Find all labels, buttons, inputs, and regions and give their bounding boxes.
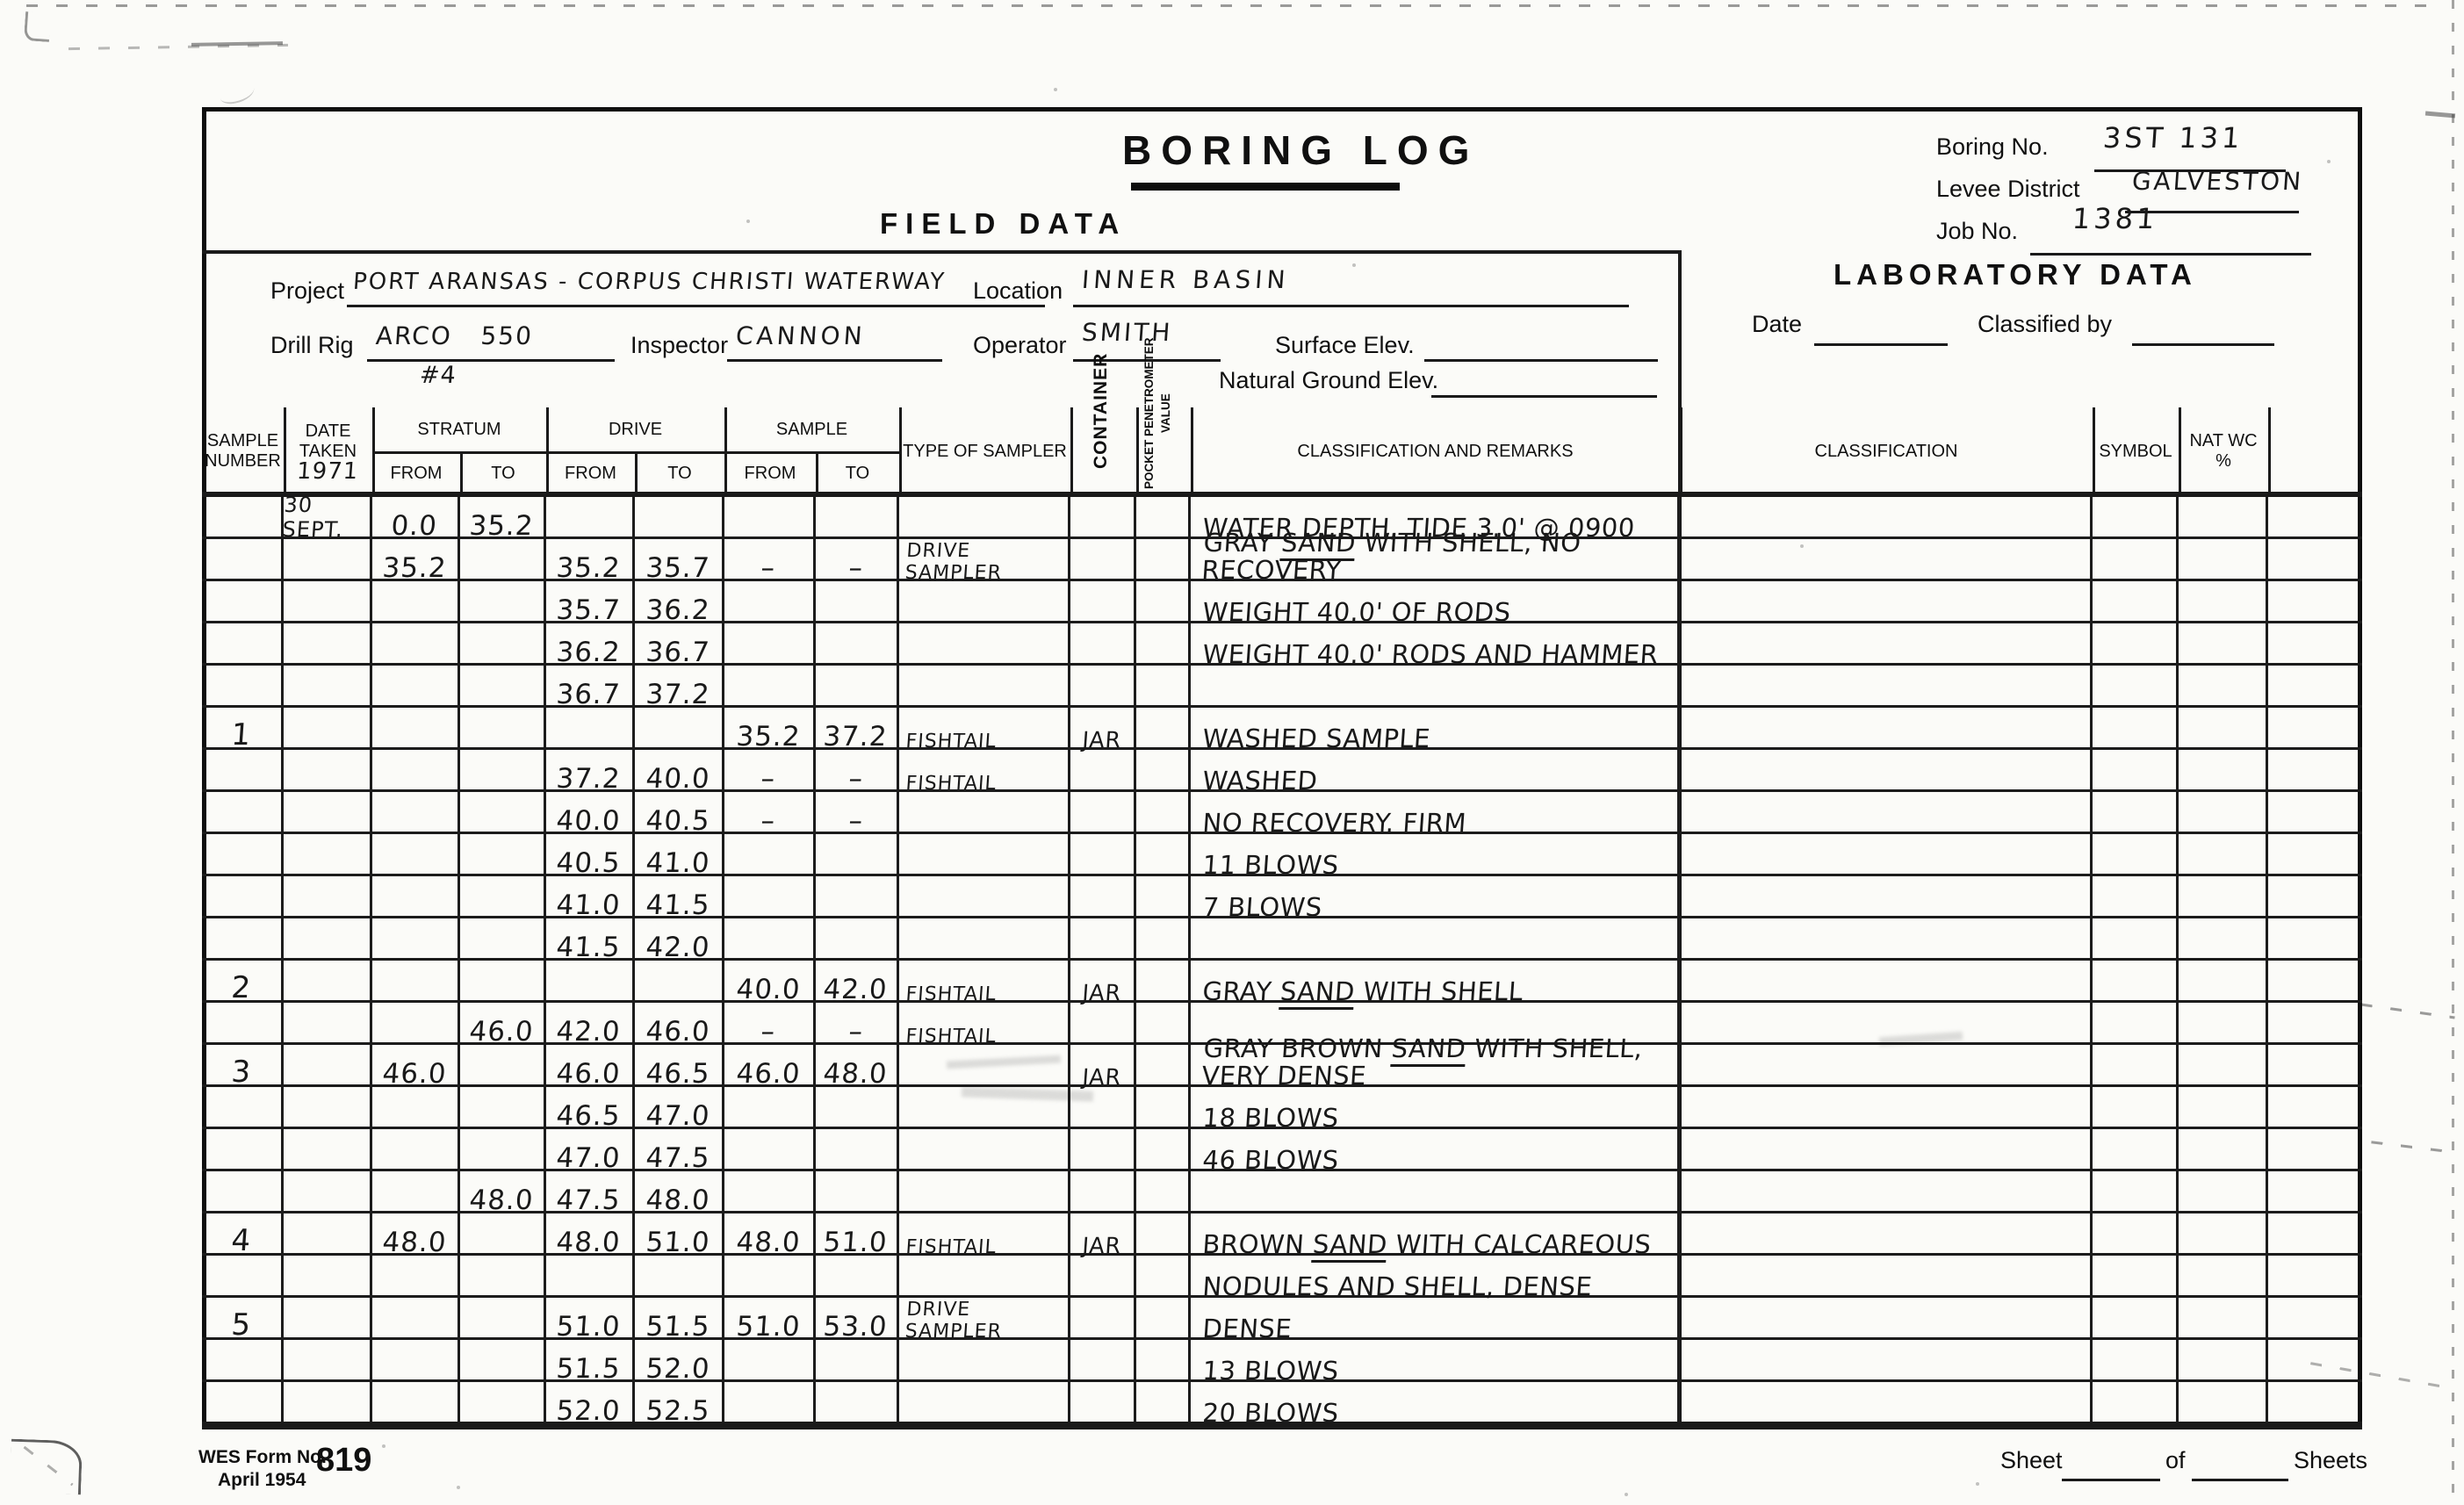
cell-d_from (546, 961, 635, 1000)
table-row: 40.040.5––NO RECOVERY. FIRM (202, 792, 2362, 834)
cell-nat (2179, 834, 2268, 874)
cell-sym (2093, 961, 2179, 1000)
cell-d_to: 52.0 (635, 1340, 724, 1379)
table-row: 35.736.2WEIGHT 40.0' OF RODS (202, 581, 2362, 623)
cell-d_to: 41.5 (635, 876, 724, 916)
cell-x (2268, 1087, 2362, 1127)
cell-remarks: NO RECOVERY. FIRM (1191, 792, 1680, 832)
cell-x (2268, 961, 2362, 1000)
cell-d_to: 41.0 (635, 834, 724, 874)
cell-num (202, 539, 284, 579)
lab-date-line (1814, 343, 1948, 346)
cell-pocket (1136, 1129, 1191, 1169)
cell-type: FISHTAIL (899, 708, 1070, 747)
scan-artifact (218, 80, 256, 106)
cell-remarks: GRAY SAND WITH SHELL, NO RECOVERY (1191, 539, 1680, 579)
cell-s_from: 46.0 (372, 1045, 460, 1084)
cell-cls (1680, 1213, 2093, 1253)
nat-wc-percent: % (2215, 451, 2231, 472)
table-row: 36.236.7WEIGHT 40.0' RODS AND HAMMER (202, 623, 2362, 666)
cell-sm_to: 53.0 (816, 1298, 899, 1337)
cell-date (284, 961, 372, 1000)
cell-d_from: 46.0 (546, 1045, 635, 1084)
form-no: 819 (316, 1442, 371, 1480)
cell-remarks (1191, 666, 1680, 705)
cell-nat (2179, 666, 2268, 705)
cell-nat (2179, 1256, 2268, 1295)
cell-d_to: 40.0 (635, 750, 724, 789)
drill-rig-line (367, 359, 615, 362)
table-row: 40.541.011 BLOWS (202, 834, 2362, 876)
cell-cls (1680, 1087, 2093, 1127)
levee-district-label: Levee District (1936, 176, 2080, 203)
cell-sm_from (724, 1256, 816, 1295)
date-taken-label: DATE TAKEN (284, 421, 372, 462)
cell-sm_to: 48.0 (816, 1045, 899, 1084)
table-row: 551.051.551.053.0DRIVE SAMPLERDENSE (202, 1298, 2362, 1340)
cell-sm_to (816, 834, 899, 874)
cell-sm_from: 35.2 (724, 708, 816, 747)
cell-nat (2179, 1171, 2268, 1211)
cell-type (899, 792, 1070, 832)
drill-rig-note: #4 (419, 362, 457, 389)
cell-sym (2093, 876, 2179, 916)
laboratory-data-title: LABORATORY DATA (1834, 258, 2197, 292)
cell-d_to: 46.0 (635, 1003, 724, 1042)
cell-sym (2093, 539, 2179, 579)
cell-sm_to (816, 876, 899, 916)
cell-sym (2093, 1087, 2179, 1127)
cell-sym (2093, 1213, 2179, 1253)
cell-sm_from (724, 834, 816, 874)
cell-d_to (635, 1256, 724, 1295)
cell-date (284, 1256, 372, 1295)
sheet-line (2062, 1479, 2160, 1481)
col-header-sample-number: SAMPLE NUMBER (202, 407, 284, 495)
cell-nat (2179, 961, 2268, 1000)
cell-date: 30 SEPT. (284, 497, 372, 536)
cell-pocket (1136, 497, 1191, 536)
cell-sm_to (816, 1340, 899, 1379)
cell-s_from (372, 1340, 460, 1379)
cell-pocket (1136, 666, 1191, 705)
cell-s_to (460, 750, 546, 789)
table-row: 346.046.046.546.048.0JARGRAY BROWN SAND … (202, 1045, 2362, 1087)
cell-sm_from: – (724, 750, 816, 789)
cell-sym (2093, 708, 2179, 747)
cell-num (202, 1003, 284, 1042)
table-row: 37.240.0––FISHTAILWASHED (202, 750, 2362, 792)
cell-nat (2179, 708, 2268, 747)
col-header-drive-from: FROM (546, 451, 635, 495)
table-row: 52.052.520 BLOWS (202, 1382, 2362, 1424)
cell-sm_from: – (724, 792, 816, 832)
underlined-word: SAND (1279, 976, 1356, 1010)
cell-d_to: 40.5 (635, 792, 724, 832)
cell-type (899, 1256, 1070, 1295)
cell-cont (1070, 1171, 1136, 1211)
cell-d_to: 47.0 (635, 1087, 724, 1127)
cell-date (284, 1340, 372, 1379)
cell-sm_from: 51.0 (724, 1298, 816, 1337)
location-label: Location (973, 277, 1063, 305)
cell-cont: JAR (1070, 1045, 1136, 1084)
col-header-container: CONTAINER (1091, 330, 1119, 492)
cell-d_from: 48.0 (546, 1213, 635, 1253)
cell-d_from: 47.0 (546, 1129, 635, 1169)
cell-x (2268, 666, 2362, 705)
cell-date (284, 1382, 372, 1422)
cell-sm_to (816, 918, 899, 958)
scan-artifact (2371, 1141, 2454, 1154)
cell-d_from (546, 708, 635, 747)
cell-s_to: 48.0 (460, 1171, 546, 1211)
cell-type (899, 581, 1070, 621)
form-no-label: WES Form No. (198, 1447, 327, 1468)
cell-sm_from (724, 581, 816, 621)
cell-type (899, 918, 1070, 958)
cell-x (2268, 1340, 2362, 1379)
cell-nat (2179, 497, 2268, 536)
cell-num: 4 (202, 1213, 284, 1253)
inspector-value: CANNON (735, 321, 867, 350)
cell-x (2268, 792, 2362, 832)
cell-x (2268, 1298, 2362, 1337)
cell-pocket (1136, 581, 1191, 621)
cell-pocket (1136, 876, 1191, 916)
cell-nat (2179, 539, 2268, 579)
cell-x (2268, 1045, 2362, 1084)
cell-num (202, 1087, 284, 1127)
cell-s_to (460, 1045, 546, 1084)
table-bottom-line (202, 1422, 2362, 1429)
cell-remarks: 13 BLOWS (1191, 1340, 1680, 1379)
cell-sm_to: 42.0 (816, 961, 899, 1000)
cell-remarks: WEIGHT 40.0' OF RODS (1191, 581, 1680, 621)
cell-remarks (1191, 918, 1680, 958)
cell-sm_to (816, 497, 899, 536)
cell-sym (2093, 497, 2179, 536)
cell-pocket (1136, 961, 1191, 1000)
cell-cont (1070, 1382, 1136, 1422)
scan-artifact (10, 1439, 83, 1495)
cell-num: 1 (202, 708, 284, 747)
cell-type (899, 834, 1070, 874)
cell-pocket (1136, 708, 1191, 747)
cell-sm_from: 46.0 (724, 1045, 816, 1084)
cell-d_from: 35.2 (546, 539, 635, 579)
cell-remarks: NODULES AND SHELL, DENSE (1191, 1256, 1680, 1295)
cell-sym (2093, 1256, 2179, 1295)
cell-sm_to (816, 1129, 899, 1169)
cell-sm_from (724, 1382, 816, 1422)
cell-date (284, 792, 372, 832)
cell-d_from: 47.5 (546, 1171, 635, 1211)
cell-date (284, 1298, 372, 1337)
cell-remarks: 46 BLOWS (1191, 1129, 1680, 1169)
drill-rig-value: ARCO 550 (375, 321, 534, 350)
cell-s_from (372, 1003, 460, 1042)
cell-d_from: 36.2 (546, 623, 635, 663)
scan-artifact (457, 1486, 460, 1489)
cell-sym (2093, 623, 2179, 663)
cell-pocket (1136, 1087, 1191, 1127)
cell-date (284, 1087, 372, 1127)
form-date: April 1954 (218, 1470, 306, 1491)
cell-x (2268, 834, 2362, 874)
cell-num (202, 1382, 284, 1422)
cell-date (284, 708, 372, 747)
cell-sym (2093, 792, 2179, 832)
cell-sm_from (724, 497, 816, 536)
cell-num (202, 666, 284, 705)
scan-artifact (2425, 112, 2455, 119)
cell-cont (1070, 581, 1136, 621)
cell-s_from (372, 1382, 460, 1422)
cell-x (2268, 1382, 2362, 1422)
cell-num: 3 (202, 1045, 284, 1084)
cell-sm_from (724, 1129, 816, 1169)
cell-cont (1070, 1340, 1136, 1379)
cell-cls (1680, 750, 2093, 789)
cell-sym (2093, 1382, 2179, 1422)
cell-s_to (460, 1382, 546, 1422)
col-header-stratum-to: TO (460, 451, 546, 495)
cell-nat (2179, 623, 2268, 663)
table-row: 51.552.013 BLOWS (202, 1340, 2362, 1382)
cell-d_to: 42.0 (635, 918, 724, 958)
cell-sym (2093, 581, 2179, 621)
cell-nat (2179, 1382, 2268, 1422)
cell-d_from: 52.0 (546, 1382, 635, 1422)
cell-sym (2093, 1129, 2179, 1169)
cell-sm_to: – (816, 750, 899, 789)
cell-s_from (372, 581, 460, 621)
cell-type (899, 876, 1070, 916)
col-header-drive: DRIVE (546, 407, 724, 451)
cell-d_from: 51.5 (546, 1340, 635, 1379)
cell-cls (1680, 708, 2093, 747)
cell-type: DRIVE SAMPLER (899, 1298, 1070, 1337)
cell-s_from: 0.0 (372, 497, 460, 536)
cell-s_from: 48.0 (372, 1213, 460, 1253)
cell-type (899, 1087, 1070, 1127)
cell-type (899, 1045, 1070, 1084)
cell-x (2268, 497, 2362, 536)
cell-x (2268, 581, 2362, 621)
cell-d_from (546, 497, 635, 536)
cell-num (202, 1129, 284, 1169)
cell-num (202, 581, 284, 621)
cell-sm_to (816, 1087, 899, 1127)
cell-cont: JAR (1070, 961, 1136, 1000)
cell-cont (1070, 1003, 1136, 1042)
cell-num (202, 876, 284, 916)
cell-nat (2179, 1129, 2268, 1169)
cell-sm_from (724, 1087, 816, 1127)
cell-s_from (372, 623, 460, 663)
cell-cls (1680, 1340, 2093, 1379)
operator-label: Operator (973, 332, 1067, 359)
table-row: 448.048.051.048.051.0FISHTAILJARBROWN SA… (202, 1213, 2362, 1256)
cell-pocket (1136, 1045, 1191, 1084)
cell-d_from: 41.5 (546, 918, 635, 958)
cell-s_to (460, 834, 546, 874)
cell-d_to: 36.2 (635, 581, 724, 621)
scan-artifact (68, 44, 288, 50)
cell-num: 2 (202, 961, 284, 1000)
field-box-top-line (202, 250, 1680, 254)
cell-s_from (372, 918, 460, 958)
cell-cls (1680, 581, 2093, 621)
cell-d_to (635, 961, 724, 1000)
scan-artifact (1625, 1493, 1628, 1496)
cell-type (899, 623, 1070, 663)
cell-cls (1680, 1045, 2093, 1084)
cell-nat (2179, 1087, 2268, 1127)
cell-d_to (635, 497, 724, 536)
col-header-sample-from: FROM (724, 451, 816, 495)
cell-nat (2179, 1003, 2268, 1042)
table-row: 240.042.0FISHTAILJARGRAY SAND WITH SHELL (202, 961, 2362, 1003)
cell-type: FISHTAIL (899, 1003, 1070, 1042)
cell-nat (2179, 581, 2268, 621)
cell-s_to: 46.0 (460, 1003, 546, 1042)
cell-s_from (372, 666, 460, 705)
cell-sym (2093, 750, 2179, 789)
cell-cont (1070, 918, 1136, 958)
natural-ground-elev-line (1431, 395, 1657, 398)
cell-sm_to (816, 623, 899, 663)
cell-remarks: GRAY BROWN SAND WITH SHELL, VERY DENSE (1191, 1045, 1680, 1084)
cell-date (284, 1171, 372, 1211)
date-taken-year: 1971 (297, 462, 360, 482)
cell-x (2268, 1213, 2362, 1253)
col-header-type-of-sampler: TYPE OF SAMPLER (899, 407, 1070, 495)
cell-date (284, 623, 372, 663)
cell-d_to: 35.7 (635, 539, 724, 579)
cell-sym (2093, 1298, 2179, 1337)
sheets-label: Sheets (2294, 1447, 2367, 1474)
job-no-value: 1381 (2071, 202, 2159, 235)
cell-sm_to: – (816, 539, 899, 579)
cell-d_from: 40.0 (546, 792, 635, 832)
cell-sm_from (724, 918, 816, 958)
cell-date (284, 918, 372, 958)
cell-s_from (372, 750, 460, 789)
cell-d_to (635, 708, 724, 747)
cell-nat (2179, 1340, 2268, 1379)
cell-date (284, 1003, 372, 1042)
scan-artifact (24, 11, 51, 42)
cell-s_from (372, 1298, 460, 1337)
cell-d_from (546, 1256, 635, 1295)
cell-sym (2093, 834, 2179, 874)
col-header-symbol: SYMBOL (2093, 407, 2179, 495)
field-data-title: FIELD DATA (880, 207, 1127, 241)
boring-no-value: 3ST 131 (2102, 121, 2244, 155)
cell-type: DRIVE SAMPLER (899, 539, 1070, 579)
cell-sym (2093, 918, 2179, 958)
cell-type (899, 1382, 1070, 1422)
cell-s_to (460, 1340, 546, 1379)
cell-type (899, 1340, 1070, 1379)
cell-s_to (460, 876, 546, 916)
cell-num (202, 1256, 284, 1295)
project-value: PORT ARANSAS - CORPUS CHRISTI WATERWAY (352, 269, 947, 295)
surface-elev-label: Surface Elev. (1275, 332, 1415, 359)
cell-sm_from: 40.0 (724, 961, 816, 1000)
cell-date (284, 876, 372, 916)
underlined-word: SAND (1280, 528, 1357, 561)
cell-x (2268, 1003, 2362, 1042)
scanned-boring-log-page: BORING LOG Boring No. 3ST 131 Levee Dist… (0, 0, 2464, 1505)
cell-cls (1680, 1298, 2093, 1337)
cell-remarks: BROWN SAND WITH CALCAREOUS (1191, 1213, 1680, 1253)
cell-cont (1070, 497, 1136, 536)
scan-artifact (382, 1444, 385, 1448)
cell-s_to (460, 792, 546, 832)
cell-cont (1070, 623, 1136, 663)
cell-s_from (372, 708, 460, 747)
cell-d_from: 41.0 (546, 876, 635, 916)
table-body: 30 SEPT.0.035.2WATER DEPTH, TIDE 3.0' @ … (202, 497, 2362, 1424)
cell-sm_from (724, 623, 816, 663)
underlined-word: SAND (1312, 1229, 1388, 1263)
cell-sym (2093, 1171, 2179, 1211)
cell-x (2268, 708, 2362, 747)
col-header-sample: SAMPLE (724, 407, 899, 451)
cell-cls (1680, 961, 2093, 1000)
table-row: 46.547.018 BLOWS (202, 1087, 2362, 1129)
scan-artifact (23, 1446, 73, 1486)
table-row: 135.237.2FISHTAILJARWASHED SAMPLE (202, 708, 2362, 750)
cell-nat (2179, 876, 2268, 916)
cell-x (2268, 918, 2362, 958)
table-row: 41.041.57 BLOWS (202, 876, 2362, 918)
cell-date (284, 1213, 372, 1253)
cell-s_to (460, 623, 546, 663)
of-label: of (2165, 1447, 2186, 1474)
cell-cls (1680, 623, 2093, 663)
cell-num: 5 (202, 1298, 284, 1337)
surface-elev-line (1424, 359, 1658, 362)
cell-s_from (372, 961, 460, 1000)
cell-num (202, 750, 284, 789)
cell-d_to: 46.5 (635, 1045, 724, 1084)
cell-cls (1680, 497, 2093, 536)
cell-cont (1070, 792, 1136, 832)
table-row: NODULES AND SHELL, DENSE (202, 1256, 2362, 1298)
col-header-sample-to: TO (816, 451, 899, 495)
cell-x (2268, 876, 2362, 916)
cell-remarks: WASHED SAMPLE (1191, 708, 1680, 747)
cell-cont (1070, 666, 1136, 705)
cell-d_from: 46.5 (546, 1087, 635, 1127)
cell-sm_to (816, 666, 899, 705)
col-header-nat-wc: NAT WC % (2179, 407, 2268, 495)
cell-date (284, 1045, 372, 1084)
col-header-date-taken: DATE TAKEN 1971 (284, 407, 372, 495)
cell-pocket (1136, 1256, 1191, 1295)
cell-cls (1680, 792, 2093, 832)
cell-sym (2093, 666, 2179, 705)
col-header-pocket-penetrometer: POCKET PENETROMETER VALUE (1141, 335, 1192, 492)
col-header-drive-to: TO (635, 451, 724, 495)
col-header-stratum-from: FROM (372, 451, 460, 495)
cell-d_from: 51.0 (546, 1298, 635, 1337)
cell-s_to (460, 1256, 546, 1295)
